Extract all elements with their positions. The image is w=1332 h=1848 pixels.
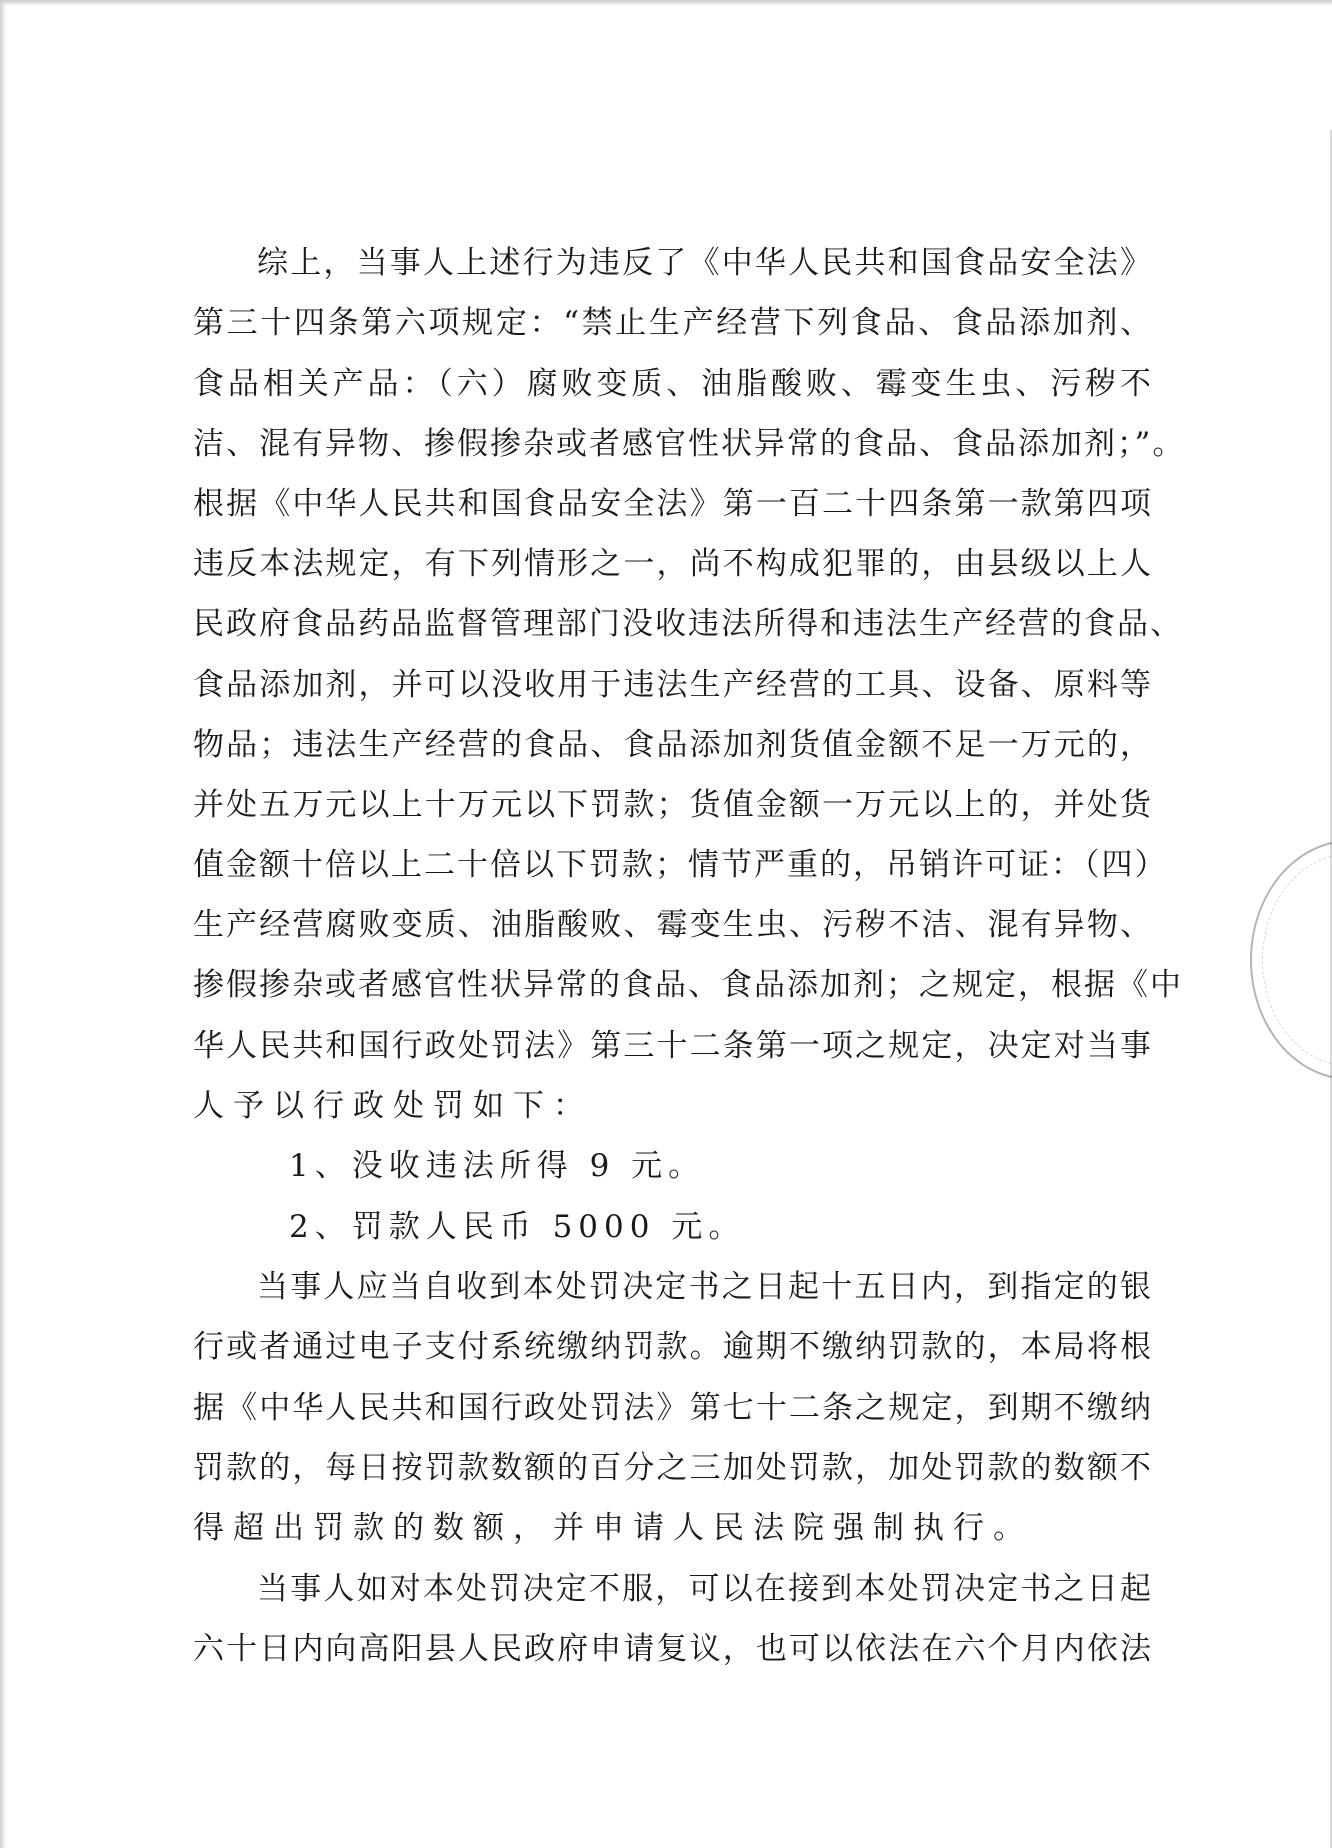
text-line: 民政府食品药品监督管理部门没收违法所得和违法生产经营的食品、 (193, 604, 1153, 644)
scan-edge-left (0, 0, 6, 1848)
text-line: 根据《中华人民共和国食品安全法》第一百二十四条第一款第四项 (193, 484, 1153, 524)
scan-edge-top (0, 0, 1332, 6)
text-line: 得超出罚款的数额，并申请人民法院强制执行。 (193, 1508, 1153, 1548)
text-line: 六十日内向高阳县人民政府申请复议，也可以依法在六个月内依法 (193, 1629, 1153, 1669)
text-line: 物品；违法生产经营的食品、食品添加剂货值金额不足一万元的， (193, 725, 1153, 765)
text-line: 食品相关产品：（六）腐败变质、油脂酸败、霉变生虫、污秽不 (193, 364, 1153, 404)
text-line: 生产经营腐败变质、油脂酸败、霉变生虫、污秽不洁、混有异物、 (193, 905, 1153, 945)
text-line: 食品添加剂，并可以没收用于违法生产经营的工具、设备、原料等 (193, 665, 1153, 705)
text-line: 综上，当事人上述行为违反了《中华人民共和国食品安全法》 (193, 243, 1153, 283)
text-line: 人予以行政处罚如下： (193, 1086, 1153, 1126)
seal-stamp-fragment (1250, 840, 1332, 1080)
text-line: 行或者通过电子支付系统缴纳罚款。逾期不缴纳罚款的，本局将根 (193, 1327, 1153, 1367)
penalty-item-fine: 2、罚款人民币 5000 元。 (193, 1207, 1153, 1247)
text-line: 华人民共和国行政处罚法》第三十二条第一项之规定，决定对当事 (193, 1026, 1153, 1066)
penalty-item-confiscation: 1、没收违法所得 9 元。 (193, 1146, 1153, 1186)
text-line: 当事人应当自收到本处罚决定书之日起十五日内，到指定的银 (193, 1267, 1153, 1307)
text-line: 当事人如对本处罚决定不服，可以在接到本处罚决定书之日起 (193, 1569, 1153, 1609)
text-line: 洁、混有异物、掺假掺杂或者感官性状异常的食品、食品添加剂；”。 (193, 424, 1153, 464)
text-line: 值金额十倍以上二十倍以下罚款；情节严重的，吊销许可证：（四） (193, 845, 1153, 885)
text-line: 据《中华人民共和国行政处罚法》第七十二条之规定，到期不缴纳 (193, 1388, 1153, 1428)
text-line: 违反本法规定，有下列情形之一，尚不构成犯罪的，由县级以上人 (193, 544, 1153, 584)
text-line: 并处五万元以上十万元以下罚款；货值金额一万元以上的，并处货 (193, 785, 1153, 825)
text-line: 第三十四条第六项规定：“禁止生产经营下列食品、食品添加剂、 (193, 303, 1153, 343)
text-line: 罚款的，每日按罚款数额的百分之三加处罚款，加处罚款的数额不 (193, 1448, 1153, 1488)
text-line: 掺假掺杂或者感官性状异常的食品、食品添加剂；之规定，根据《中 (193, 965, 1153, 1005)
